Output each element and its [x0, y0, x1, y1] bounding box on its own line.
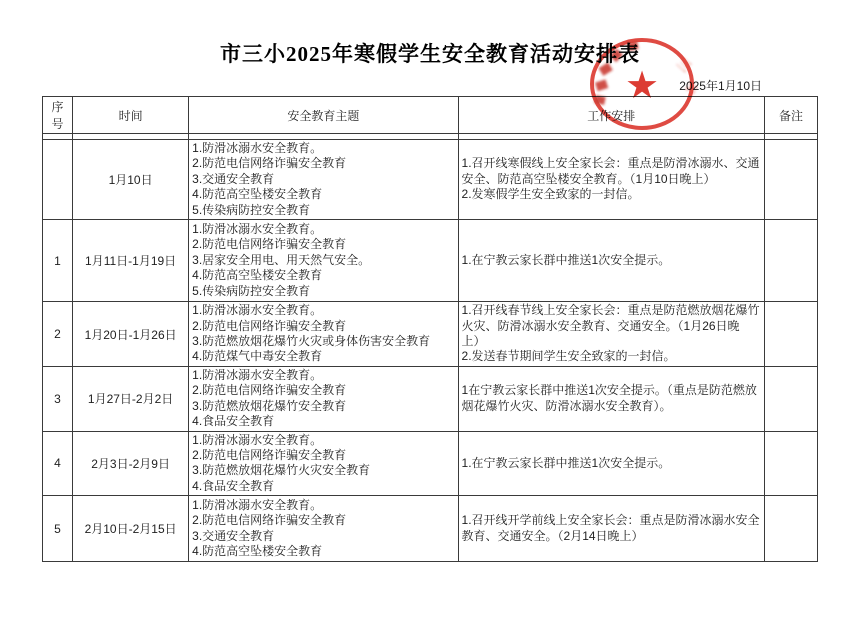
cell-no: 1	[43, 220, 73, 302]
cell-no: 4	[43, 431, 73, 496]
cell-work: 1.在宁教云家长群中推送1次安全提示。	[458, 220, 764, 302]
col-header-work: 工作安排	[458, 97, 764, 134]
cell-note	[764, 431, 817, 496]
cell-time: 2月3日-2月9日	[73, 431, 189, 496]
cell-note	[764, 220, 817, 302]
cell-time: 1月20日-1月26日	[73, 302, 189, 367]
cell-work: 1.在宁教云家长群中推送1次安全提示。	[458, 431, 764, 496]
cell-no	[43, 140, 73, 220]
cell-topics: 1.防滑冰溺水安全教育。 2.防范电信网络诈骗安全教育 3.防范燃放烟花爆竹火灾…	[189, 431, 458, 496]
cell-work: 1在宁教云家长群中推送1次安全提示。（重点是防范燃放烟花爆竹火灾、防滑冰溺水安全…	[458, 367, 764, 432]
cell-note	[764, 496, 817, 562]
table-row: 5 2月10日-2月15日 1.防滑冰溺水安全教育。 2.防范电信网络诈骗安全教…	[43, 496, 818, 562]
table-row: 3 1月27日-2月2日 1.防滑冰溺水安全教育。 2.防范电信网络诈骗安全教育…	[43, 367, 818, 432]
page-title: 市三小2025年寒假学生安全教育活动安排表	[42, 40, 818, 68]
cell-work: 1.召开线开学前线上安全家长会：重点是防滑冰溺水安全教育、交通安全。（2月14日…	[458, 496, 764, 562]
cell-note	[764, 302, 817, 367]
document-page: 市三小2025年寒假学生安全教育活动安排表 2025年1月10日 序号 时间 安…	[0, 0, 854, 618]
cell-note	[764, 367, 817, 432]
col-header-note: 备注	[764, 97, 817, 134]
cell-note	[764, 140, 817, 220]
col-header-time: 时间	[73, 97, 189, 134]
document-body: 市三小2025年寒假学生安全教育活动安排表 2025年1月10日 序号 时间 安…	[42, 40, 818, 562]
cell-work: 1.召开线春节线上安全家长会：重点是防范燃放烟花爆竹火灾、防滑冰溺水安全教育、交…	[458, 302, 764, 367]
cell-time: 1月11日-1月19日	[73, 220, 189, 302]
cell-no: 5	[43, 496, 73, 562]
table-header-row: 序号 时间 安全教育主题 工作安排 备注	[43, 97, 818, 134]
cell-topics: 1.防滑冰溺水安全教育。 2.防范电信网络诈骗安全教育 3.交通安全教育 4.防…	[189, 496, 458, 562]
table-row: 1 1月11日-1月19日 1.防滑冰溺水安全教育。 2.防范电信网络诈骗安全教…	[43, 220, 818, 302]
cell-time: 2月10日-2月15日	[73, 496, 189, 562]
cell-time: 1月27日-2月2日	[73, 367, 189, 432]
table-row: 1月10日 1.防滑冰溺水安全教育。 2.防范电信网络诈骗安全教育 3.交通安全…	[43, 140, 818, 220]
cell-topics: 1.防滑冰溺水安全教育。 2.防范电信网络诈骗安全教育 3.防范燃放烟花爆竹安全…	[189, 367, 458, 432]
cell-time: 1月10日	[73, 140, 189, 220]
schedule-table: 序号 时间 安全教育主题 工作安排 备注 1月10日 1.防滑冰溺水安全教育。 …	[42, 96, 818, 562]
cell-work: 1.召开线寒假线上安全家长会：重点是防滑冰溺水、交通安全、防范高空坠楼安全教育。…	[458, 140, 764, 220]
date-label: 2025年1月10日	[42, 79, 818, 93]
table-row: 2 1月20日-1月26日 1.防滑冰溺水安全教育。 2.防范电信网络诈骗安全教…	[43, 302, 818, 367]
cell-no: 3	[43, 367, 73, 432]
cell-topics: 1.防滑冰溺水安全教育。 2.防范电信网络诈骗安全教育 3.居家安全用电、用天然…	[189, 220, 458, 302]
col-header-no: 序号	[43, 97, 73, 134]
cell-topics: 1.防滑冰溺水安全教育。 2.防范电信网络诈骗安全教育 3.防范燃放烟花爆竹火灾…	[189, 302, 458, 367]
cell-topics: 1.防滑冰溺水安全教育。 2.防范电信网络诈骗安全教育 3.交通安全教育 4.防…	[189, 140, 458, 220]
table-row: 4 2月3日-2月9日 1.防滑冰溺水安全教育。 2.防范电信网络诈骗安全教育 …	[43, 431, 818, 496]
col-header-topics: 安全教育主题	[189, 97, 458, 134]
cell-no: 2	[43, 302, 73, 367]
